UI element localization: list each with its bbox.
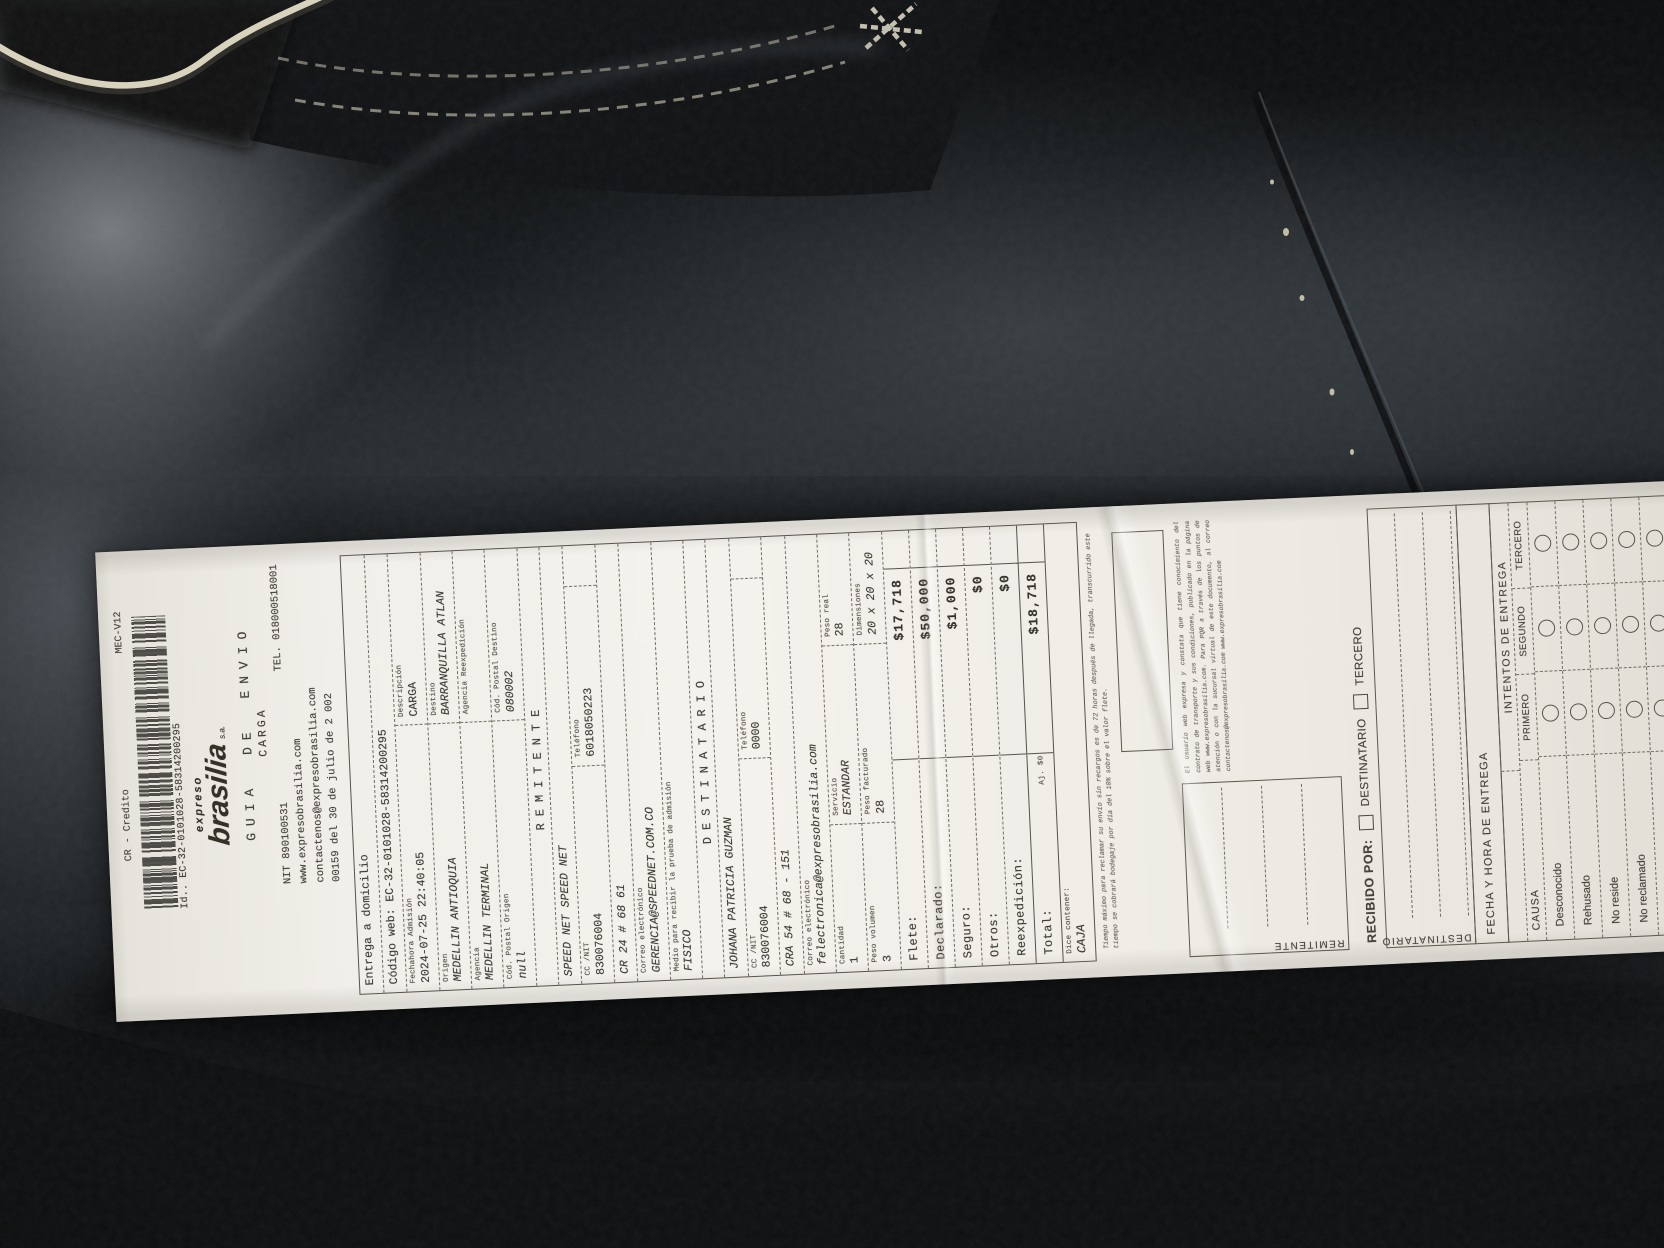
agencia-reexp-label: Agencia Reexpedición	[456, 559, 473, 715]
attempt-circle	[1562, 534, 1580, 552]
remitente-vertical-label: REMITENTE	[1273, 937, 1345, 951]
signature-line	[1261, 786, 1268, 927]
dimensiones-value: 20 x 20 x 20	[862, 540, 881, 635]
checkbox-destinatario-label: DESTINATARIO	[1356, 718, 1372, 807]
attempt-circle	[1650, 615, 1664, 633]
form-code: MEC-V12	[113, 611, 126, 653]
total-adjust: Aj. $0	[1037, 755, 1046, 785]
signature-line	[1394, 513, 1413, 918]
seguro-label: Seguro:	[952, 757, 975, 967]
declarado-label: Declarado:	[925, 758, 948, 968]
checkbox-destinatario-icon	[1359, 815, 1375, 831]
cause-label: No reside	[1603, 754, 1623, 937]
attempt-circle	[1590, 532, 1608, 550]
attempt-circle	[1622, 616, 1640, 634]
attempt-circle	[1626, 701, 1644, 719]
checkbox-tercero-icon	[1353, 694, 1369, 710]
destinatario-vertical-label: DESTINATARIO	[1381, 931, 1472, 946]
flete-label: Flete:	[898, 759, 921, 969]
attempt-circle	[1646, 530, 1664, 548]
attempt-circle	[1654, 700, 1664, 718]
signature-terms-row: REMITENTE El usuario web expresa y const…	[1170, 508, 1350, 961]
recibido-por-label: RECIBIDO POR:	[1360, 839, 1379, 943]
stamp-box	[1112, 530, 1174, 752]
remitente-signature-box: REMITENTE	[1182, 776, 1350, 957]
attempt-circle	[1598, 702, 1616, 720]
attempt-circle	[1542, 705, 1560, 723]
checkbox-tercero-label: TERCERO	[1352, 626, 1367, 686]
attempt-circle	[1538, 620, 1556, 638]
attempt-circle	[1594, 617, 1612, 635]
photo-car-seat-with-shipping-receipt: CR - Credito MEC-V12 Id.. EC-32-0101028-…	[0, 0, 1664, 1248]
shipment-details-box: Entrega a domicilio Código web: EC-32-01…	[340, 522, 1097, 995]
cause-label: Rehusado	[1575, 755, 1595, 938]
payment-mode: CR - Credito	[121, 789, 135, 861]
attempt-circle	[1570, 703, 1588, 721]
cause-label: No reclamado	[1631, 752, 1651, 935]
company-meta: NIT 890100531 TEL. 018000518001 www.expr…	[266, 562, 346, 885]
reexpedicion-label: Reexpedición:	[1006, 754, 1029, 964]
logo-brasilia: brasilia	[202, 742, 236, 846]
attempt-circle	[1618, 531, 1636, 549]
brand-logo: expreso brasilia s.a.	[183, 559, 236, 847]
attempt-circle	[1566, 619, 1584, 637]
cause-label: Desconocido	[1547, 756, 1567, 939]
peso-real-value: 28	[830, 541, 849, 636]
terms-paragraph: El usuario web expresa y constata que ti…	[1170, 510, 1342, 783]
signature-line	[1422, 512, 1441, 917]
total-label: Total:	[1040, 909, 1056, 955]
signature-line	[1301, 784, 1308, 925]
intentos-table: INTENTOS DE ENTREGA CAUSA PRIMERO SEGUND…	[1489, 494, 1664, 943]
signature-line	[1221, 788, 1228, 929]
shipping-receipt: CR - Credito MEC-V12 Id.. EC-32-0101028-…	[95, 478, 1664, 1022]
otros-label: Otros:	[979, 755, 1002, 965]
attempt-circle	[1534, 535, 1552, 553]
logo-sa: s.a.	[217, 726, 227, 739]
